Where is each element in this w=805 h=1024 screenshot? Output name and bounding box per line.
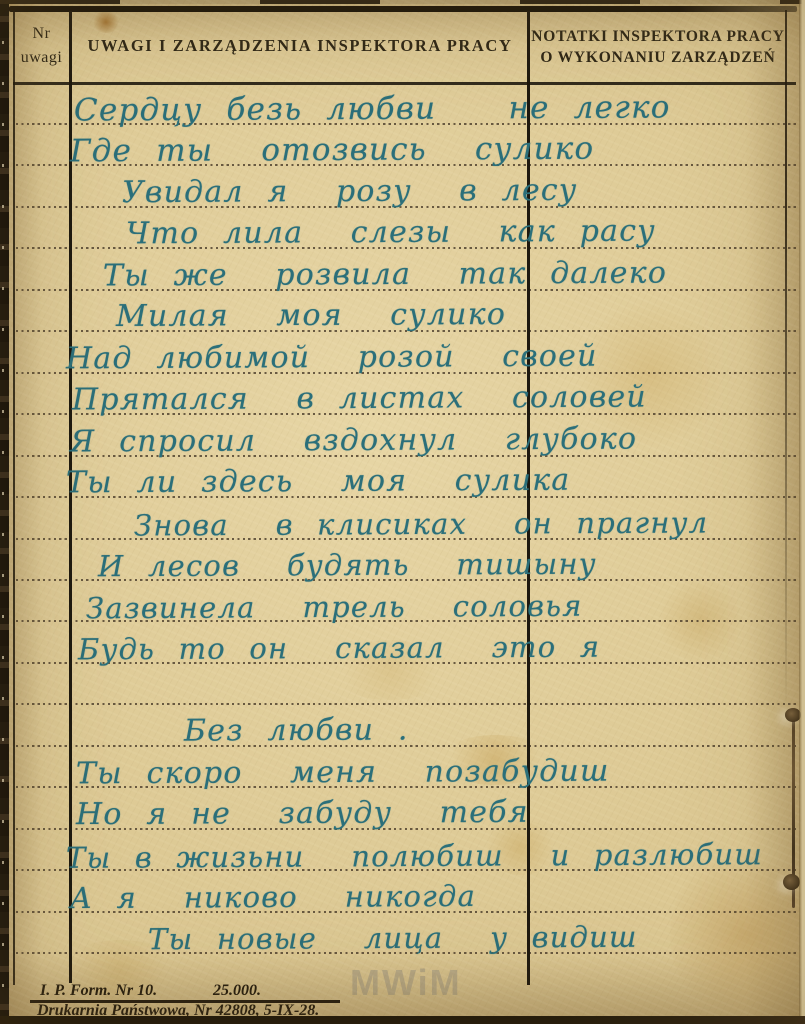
handwritten-line: Ты ли здесь моя сулика <box>66 464 571 501</box>
handwritten-line: Где ты отозвись сулико <box>70 132 595 169</box>
header-separator-line <box>13 82 796 85</box>
scan-edge-bottom <box>0 1016 805 1024</box>
handwritten-line: Будь то он сказал это я <box>78 630 600 667</box>
header-right-line2: O WYKONANIU ZARZĄDZEŃ <box>531 47 785 68</box>
scan-edge-specks <box>2 0 4 1024</box>
handwritten-line: А я никово никогда <box>70 879 476 915</box>
stain <box>92 11 120 33</box>
handwritten-line: Зазвинела трель соловья <box>86 589 583 626</box>
header-nr-column: Nr uwagi <box>14 22 69 70</box>
header-right-title: NOTATKI INSPEKTORA PRACY O WYKONANIU ZAR… <box>531 26 785 68</box>
handwritten-line: Я спросил вздохнул глубоко <box>70 423 637 460</box>
handwritten-line: Знова в клисиках он прагнул <box>134 505 708 542</box>
handwritten-line: Увидал я розу в лесу <box>122 174 578 210</box>
handwritten-line: Сердцу безь любви не легко <box>74 90 671 127</box>
handwritten-line: Что лила слезы как расу <box>126 215 656 252</box>
table-left-border <box>13 10 15 985</box>
handwritten-line: Над любимой розой своей <box>66 340 598 377</box>
page-edge-right <box>799 0 805 1016</box>
header-right-line1: NOTATKI INSPEKTORA PRACY <box>531 26 785 47</box>
handwritten-line: Милая моя сулико <box>116 298 506 334</box>
table-right-border <box>785 10 787 710</box>
table-top-border <box>9 6 797 12</box>
scanned-form-page: Nr uwagi UWAGI I ZARZĄDZENIA INSPEKTORA … <box>0 0 805 1024</box>
handwritten-line: Ты скоро меня позабудиш <box>76 755 610 792</box>
ruled-line <box>16 703 797 705</box>
scan-edge-top <box>0 0 805 4</box>
watermark-text: MWiM <box>350 962 462 1004</box>
handwritten-line: Ты же розвила так далеко <box>103 257 667 294</box>
footer-form-number: I. P. Form. Nr 10. <box>40 982 157 1000</box>
header-nr-line2: uwagi <box>14 46 69 70</box>
handwritten-line: Ты новые лица у видиш <box>148 920 638 957</box>
header-nr-line1: Nr <box>14 22 69 46</box>
handwritten-line: Ты в жизьни полюбиш и разлюбиш <box>66 837 763 875</box>
header-middle-title: UWAGI I ZARZĄDZENIA INSPEKTORA PRACY <box>73 36 527 56</box>
handwritten-line: Прятался в листах соловей <box>72 380 647 417</box>
handwritten-line: Но я не забуду тебя <box>76 796 529 832</box>
footer-print-run: 25.000. <box>213 982 261 1000</box>
handwritten-line: Без любви . <box>184 713 409 748</box>
handwritten-line: И лесов будять тишыну <box>98 547 597 584</box>
binding-knot <box>783 874 800 890</box>
